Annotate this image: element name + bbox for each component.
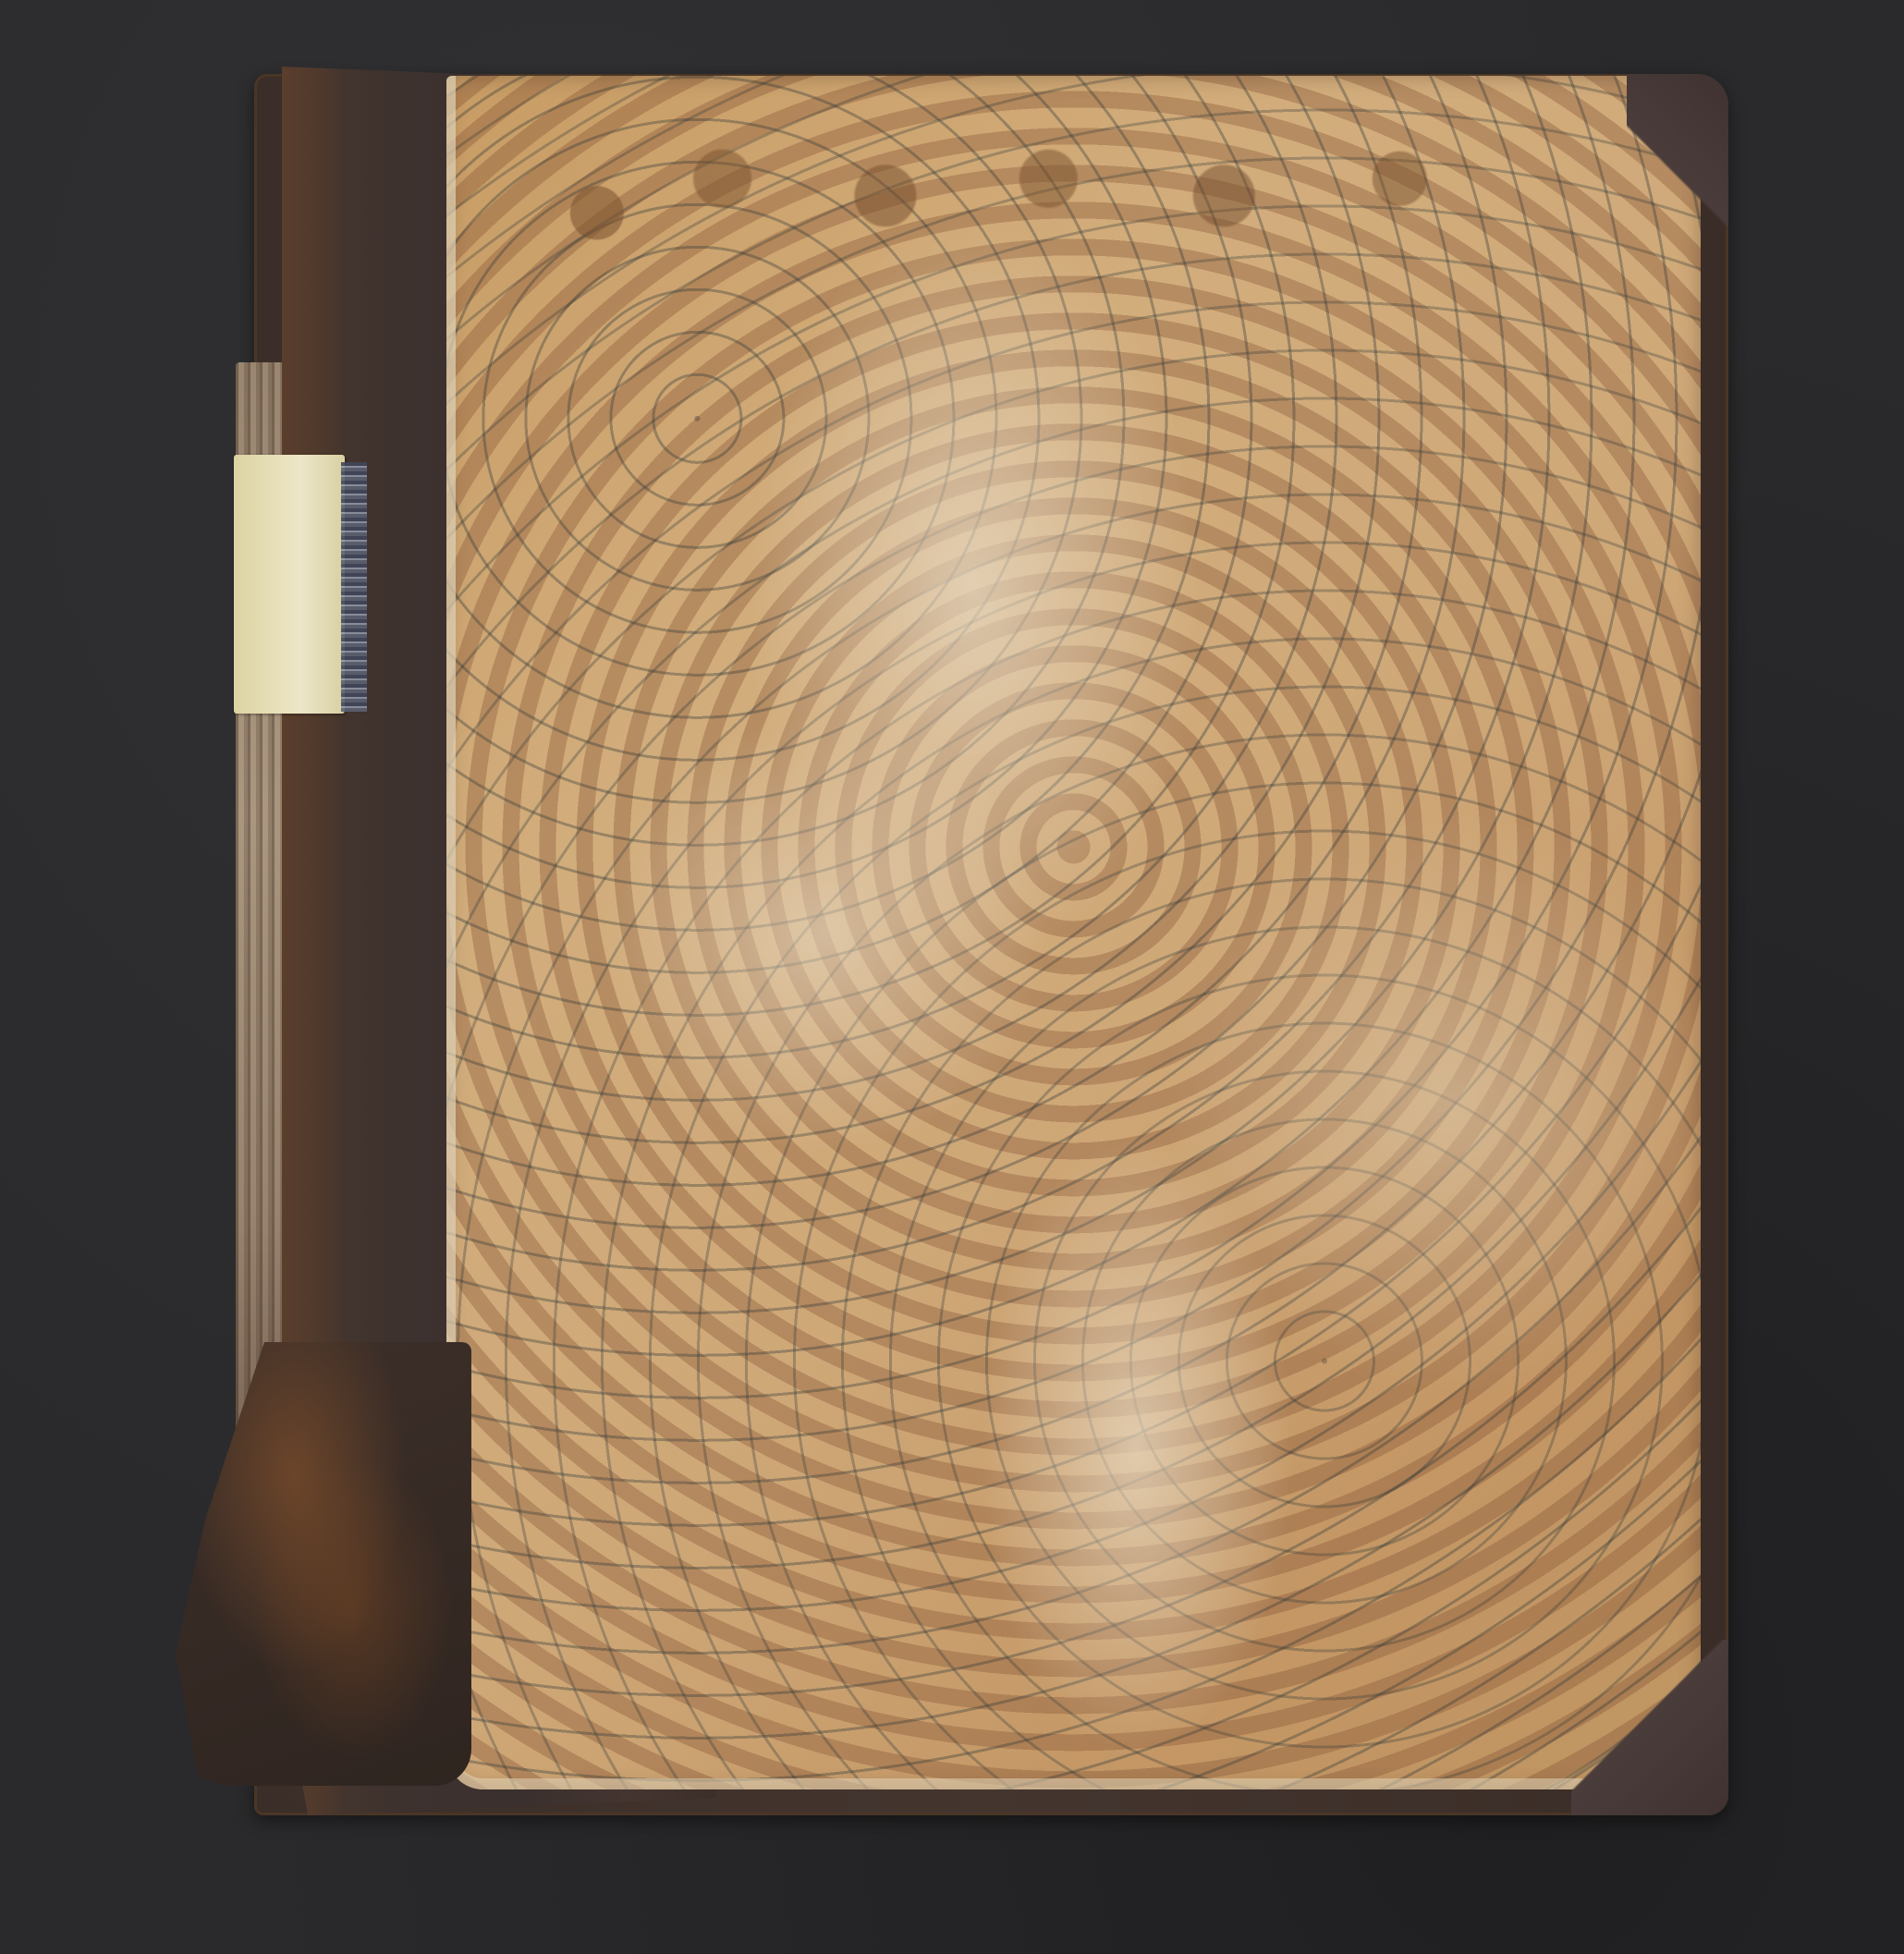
- spine-label-text: [234, 455, 235, 456]
- leather-corner-bottom-right: [1571, 1640, 1728, 1815]
- marbled-cover-paper: [446, 76, 1701, 1789]
- spine-tape-strip: [341, 462, 367, 712]
- scene-description: Worn book with dark brown leather spine …: [226, 67, 227, 67]
- leather-corner-top-right: [1627, 74, 1728, 351]
- antique-book: Worn book with dark brown leather spine …: [226, 67, 1728, 1815]
- spine-paper-label: [234, 455, 345, 714]
